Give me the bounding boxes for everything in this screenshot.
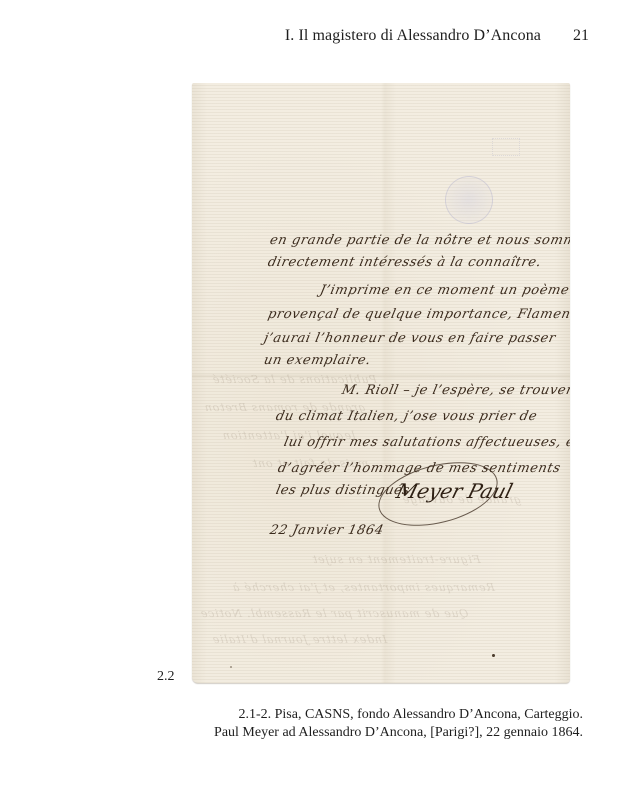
show-through-text: Index lettre Journal d'Italie: [211, 633, 388, 646]
running-title: I. Il magistero di Alessandro D’Ancona: [285, 27, 541, 45]
caption-line-1: 2.1-2. Pisa, CASNS, fondo Alessandro D’A…: [214, 706, 583, 724]
show-through-text: Que de manuscrit par le Rassembl. Notice: [199, 607, 469, 620]
ink-spot: [230, 666, 232, 668]
handwritten-line: en grande partie de la nôtre et nous som…: [268, 233, 570, 248]
handwritten-line: lui offrir mes salutations affectueuses,…: [282, 435, 570, 450]
handwritten-line: j’aurai l’honneur de vous en faire passe…: [262, 331, 557, 346]
handwritten-line: directement intéressés à la connaître.: [266, 255, 542, 270]
signature-text: Meyer Paul: [394, 479, 516, 503]
handwritten-line: M. Rioll – je l’espère, se trouvera bien: [340, 383, 570, 398]
round-stamp-icon: [445, 176, 493, 224]
figure-caption: 2.1-2. Pisa, CASNS, fondo Alessandro D’A…: [214, 706, 583, 742]
figure-label: 2.2: [157, 669, 175, 685]
letter-date: 22 Janvier 1864: [268, 523, 385, 538]
letter-image: Publications de la Société grande de rom…: [192, 83, 570, 683]
handwritten-line: du climat Italien, j’ose vous prier de: [274, 409, 538, 424]
square-stamp-icon: [492, 138, 520, 156]
show-through-text: Figure-traitement en sujet: [311, 553, 481, 566]
handwritten-line: un exemplaire.: [262, 353, 372, 368]
handwritten-line: J’imprime en ce moment un poème: [318, 283, 570, 298]
caption-line-2: Paul Meyer ad Alessandro D’Ancona, [Pari…: [214, 724, 583, 742]
signature: Meyer Paul: [377, 461, 527, 531]
show-through-text: Remarques importantes, et j'ai cherché à: [231, 581, 495, 594]
running-head: I. Il magistero di Alessandro D’Ancona 2…: [0, 27, 633, 51]
ink-spot: [492, 654, 495, 657]
page-number: 21: [573, 27, 589, 45]
handwritten-line: provençal de quelque importance, Flamenc…: [266, 307, 570, 322]
